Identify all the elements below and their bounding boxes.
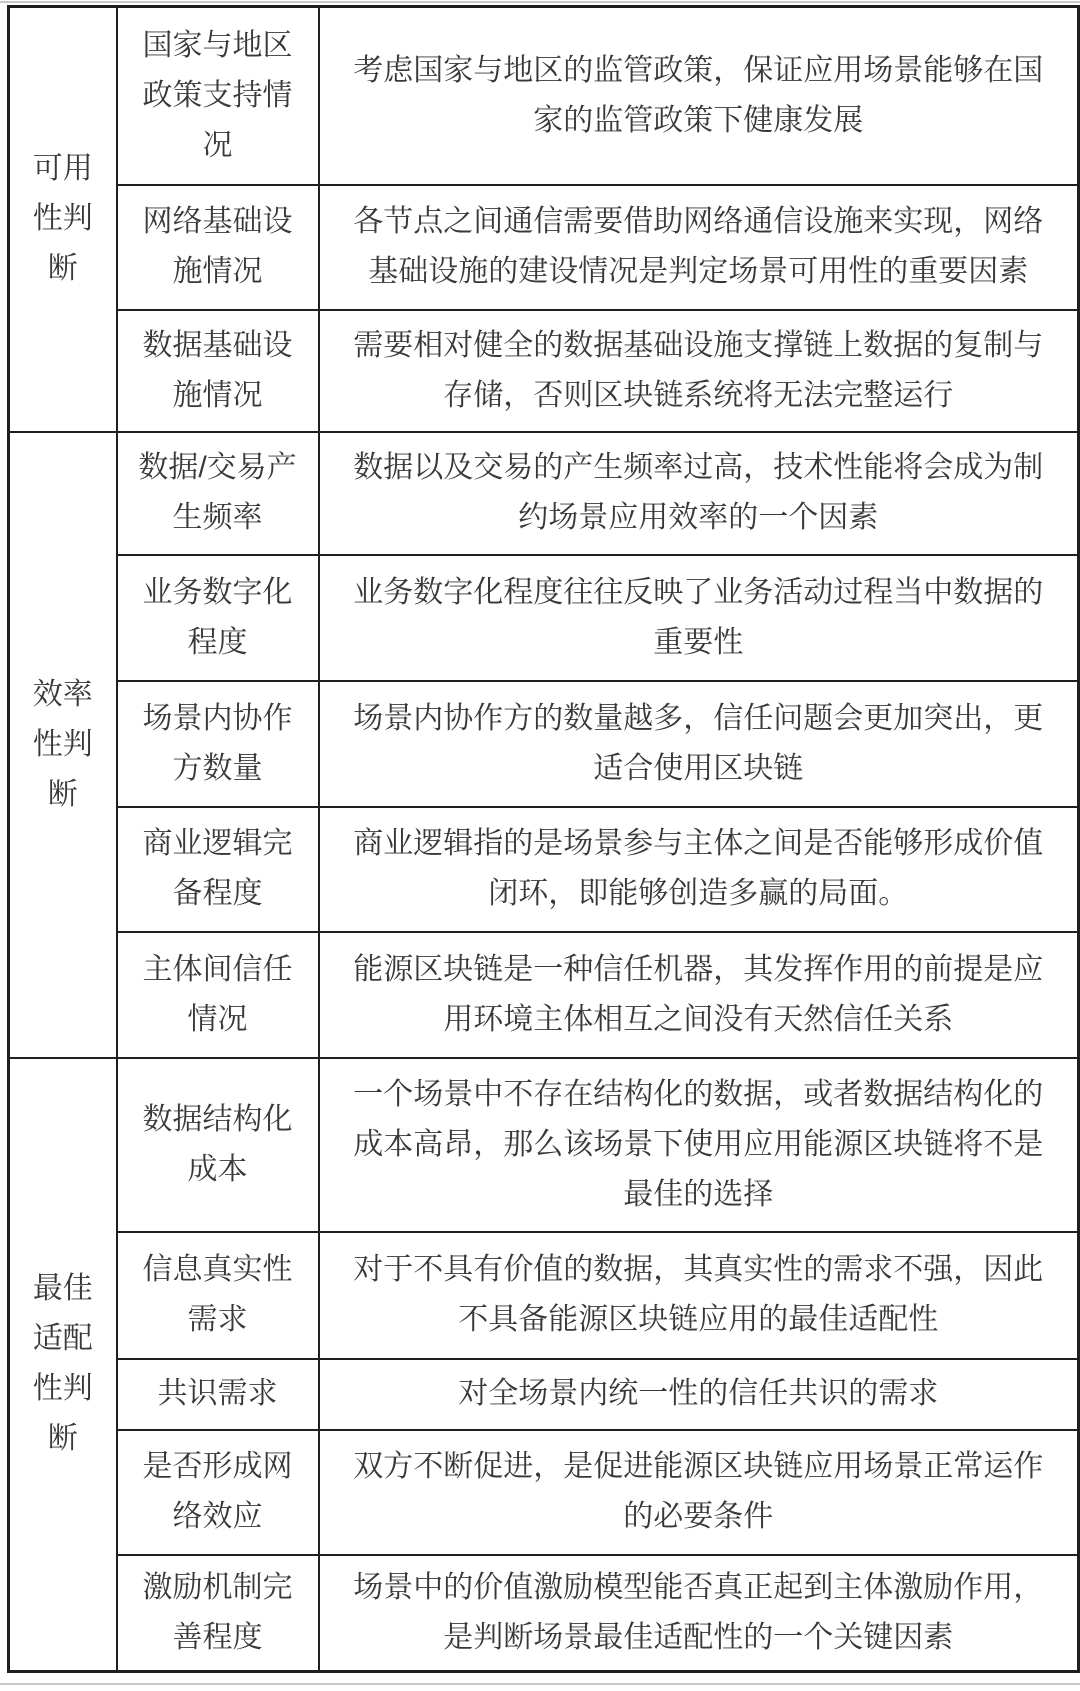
criterion-cell: 数据/交易产 生频率: [117, 432, 319, 555]
table-row: 数据基础设 施情况 需要相对健全的数据基础设施支撑链上数据的复制与 存储，否则区…: [9, 310, 1079, 432]
table-row: 商业逻辑完 备程度 商业逻辑指的是场景参与主体之间是否能够形成价值 闭环，即能够…: [9, 807, 1079, 932]
description-cell: 一个场景中不存在结构化的数据，或者数据结构化的 成本高昂，那么该场景下使用应用能…: [319, 1058, 1079, 1232]
description-cell: 商业逻辑指的是场景参与主体之间是否能够形成价值 闭环，即能够创造多赢的局面。: [319, 807, 1079, 932]
criterion-cell: 是否形成网 络效应: [117, 1430, 319, 1555]
criterion-cell: 共识需求: [117, 1359, 319, 1430]
criterion-cell: 国家与地区 政策支持情 况: [117, 7, 319, 185]
table-row: 最佳 适配 性判 断 数据结构化 成本 一个场景中不存在结构化的数据，或者数据结…: [9, 1058, 1079, 1232]
criterion-cell: 数据基础设 施情况: [117, 310, 319, 432]
description-cell: 对于不具有价值的数据，其真实性的需求不强，因此 不具备能源区块链应用的最佳适配性: [319, 1232, 1079, 1359]
description-cell: 对全场景内统一性的信任共识的需求: [319, 1359, 1079, 1430]
scan-edge-bottom-line: [0, 1683, 1080, 1685]
table-row: 信息真实性 需求 对于不具有价值的数据，其真实性的需求不强，因此 不具备能源区块…: [9, 1232, 1079, 1359]
description-cell: 业务数字化程度往往反映了业务活动过程当中数据的 重要性: [319, 555, 1079, 681]
description-cell: 考虑国家与地区的监管政策，保证应用场景能够在国 家的监管政策下健康发展: [319, 7, 1079, 185]
criterion-cell: 场景内协作 方数量: [117, 681, 319, 807]
description-cell: 需要相对健全的数据基础设施支撑链上数据的复制与 存储，否则区块链系统将无法完整运…: [319, 310, 1079, 432]
category-cell-availability: 可用 性判 断: [9, 7, 117, 432]
description-cell: 场景中的价值激励模型能否真正起到主体激励作用， 是判断场景最佳适配性的一个关键因…: [319, 1555, 1079, 1672]
table-row: 业务数字化 程度 业务数字化程度往往反映了业务活动过程当中数据的 重要性: [9, 555, 1079, 681]
table-row: 网络基础设 施情况 各节点之间通信需要借助网络通信设施来实现，网络 基础设施的建…: [9, 185, 1079, 310]
table-row: 激励机制完 善程度 场景中的价值激励模型能否真正起到主体激励作用， 是判断场景最…: [9, 1555, 1079, 1672]
evaluation-criteria-table: 可用 性判 断 国家与地区 政策支持情 况 考虑国家与地区的监管政策，保证应用场…: [7, 5, 1080, 1673]
table-row: 可用 性判 断 国家与地区 政策支持情 况 考虑国家与地区的监管政策，保证应用场…: [9, 7, 1079, 185]
description-cell: 场景内协作方的数量越多，信任问题会更加突出，更 适合使用区块链: [319, 681, 1079, 807]
table-row: 是否形成网 络效应 双方不断促进，是促进能源区块链应用场景正常运作 的必要条件: [9, 1430, 1079, 1555]
category-cell-efficiency: 效率 性判 断: [9, 432, 117, 1058]
category-cell-best-fit: 最佳 适配 性判 断: [9, 1058, 117, 1672]
table-row: 场景内协作 方数量 场景内协作方的数量越多，信任问题会更加突出，更 适合使用区块…: [9, 681, 1079, 807]
table-row: 效率 性判 断 数据/交易产 生频率 数据以及交易的产生频率过高，技术性能将会成…: [9, 432, 1079, 555]
table-row: 主体间信任 情况 能源区块链是一种信任机器，其发挥作用的前提是应 用环境主体相互…: [9, 932, 1079, 1058]
description-cell: 各节点之间通信需要借助网络通信设施来实现，网络 基础设施的建设情况是判定场景可用…: [319, 185, 1079, 310]
criterion-cell: 业务数字化 程度: [117, 555, 319, 681]
criterion-cell: 信息真实性 需求: [117, 1232, 319, 1359]
description-cell: 双方不断促进，是促进能源区块链应用场景正常运作 的必要条件: [319, 1430, 1079, 1555]
criterion-cell: 主体间信任 情况: [117, 932, 319, 1058]
table-row: 共识需求 对全场景内统一性的信任共识的需求: [9, 1359, 1079, 1430]
scan-edge-top-line: [0, 1, 1080, 3]
criterion-cell: 商业逻辑完 备程度: [117, 807, 319, 932]
criterion-cell: 激励机制完 善程度: [117, 1555, 319, 1672]
description-cell: 数据以及交易的产生频率过高，技术性能将会成为制 约场景应用效率的一个因素: [319, 432, 1079, 555]
criterion-cell: 数据结构化 成本: [117, 1058, 319, 1232]
description-cell: 能源区块链是一种信任机器，其发挥作用的前提是应 用环境主体相互之间没有天然信任关…: [319, 932, 1079, 1058]
document-page: 可用 性判 断 国家与地区 政策支持情 况 考虑国家与地区的监管政策，保证应用场…: [0, 0, 1080, 1691]
criterion-cell: 网络基础设 施情况: [117, 185, 319, 310]
